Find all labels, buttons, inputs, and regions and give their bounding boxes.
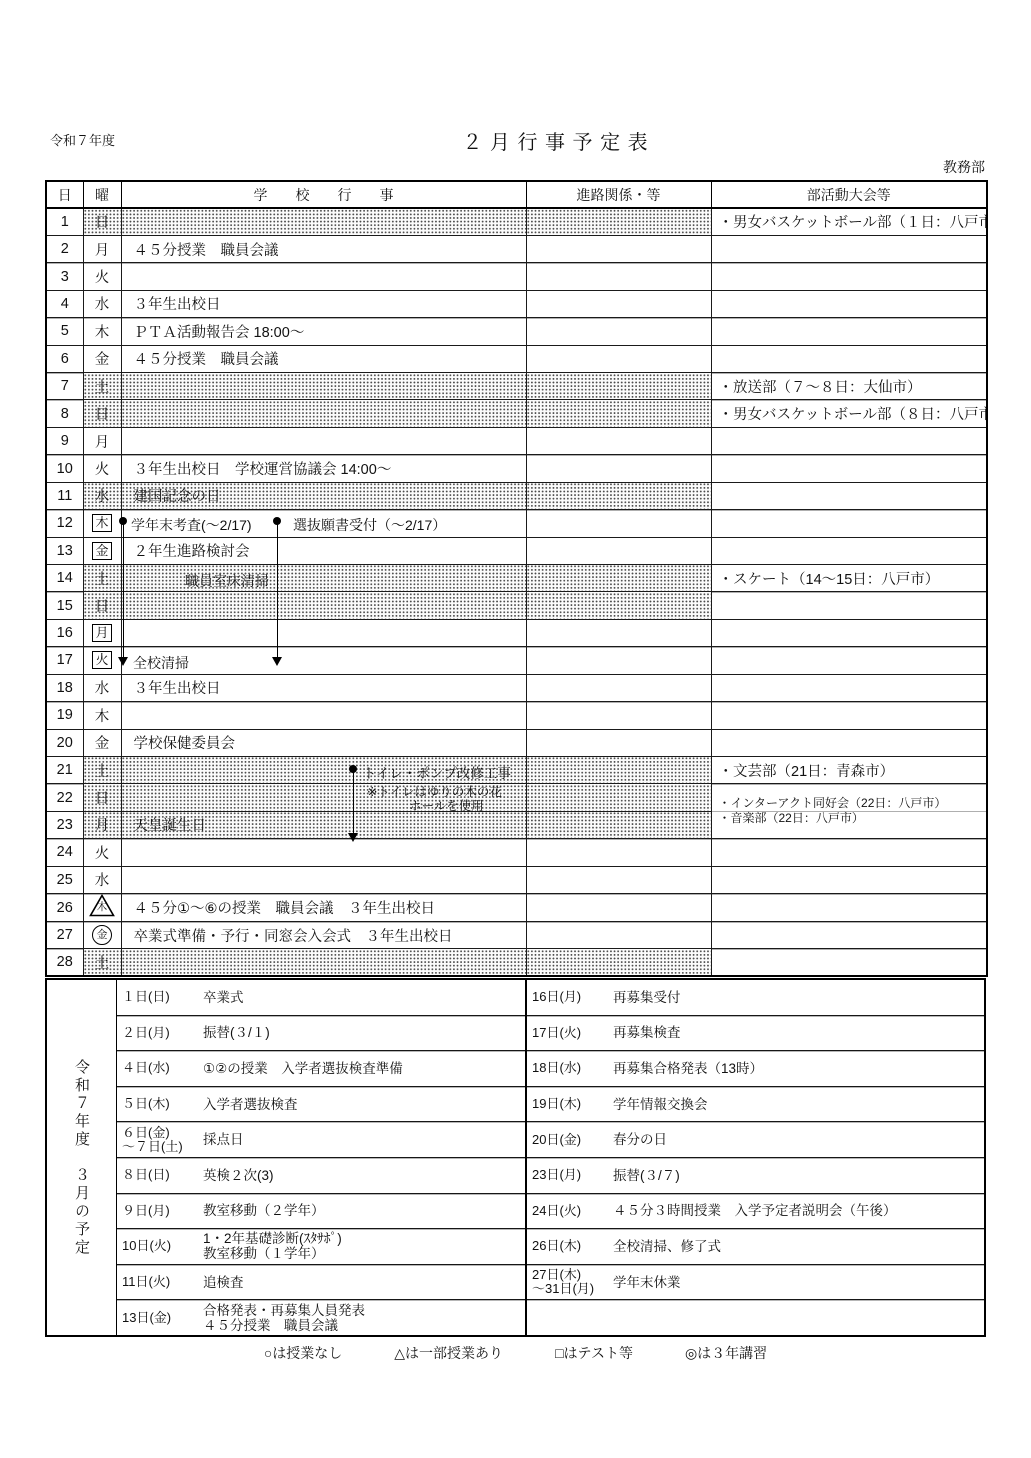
calendar-row: 12木 (46, 510, 987, 537)
club-activity-cell (711, 290, 987, 317)
march-row: ８日(日)英検２次(3) (117, 1158, 525, 1194)
career-cell (526, 922, 711, 949)
day-number-cell: 23 (46, 811, 83, 838)
weekday-cell: 日 (83, 400, 121, 427)
school-event-cell (121, 510, 526, 537)
club-activity-cell (711, 894, 987, 922)
day-number-cell: 15 (46, 592, 83, 619)
weekday-box-mark: 火 (92, 651, 111, 669)
calendar-row: 9月 (46, 427, 987, 454)
march-section-label: 令和７年度 ３月の予定 (47, 980, 117, 1335)
club-activity-cell (711, 263, 987, 290)
calendar-row: 3火 (46, 263, 987, 290)
career-cell (526, 564, 711, 591)
march-event: 教室移動（２学年） (203, 1203, 325, 1218)
weekday-cell: 木 (83, 510, 121, 537)
march-date: 11日(火) (117, 1275, 203, 1289)
calendar-row: 4水３年生出校日 (46, 290, 987, 317)
day-number-cell: 7 (46, 373, 83, 400)
march-event: 採点日 (203, 1132, 244, 1147)
school-event-cell (121, 400, 526, 427)
march-row: 27日(木)～31日(月)学年末休業 (527, 1265, 984, 1301)
march-event: 合格発表・再募集人員発表４５分授業 職員会議 (203, 1303, 365, 1333)
column-header: 学 校 行 事 (121, 181, 526, 208)
march-date: 24日(火) (527, 1204, 613, 1218)
club-activity-cell (711, 455, 987, 482)
day-number-cell: 11 (46, 482, 83, 509)
calendar-row: 28土 (46, 949, 987, 976)
calendar-row: 5木ＰＴＡ活動報告会 18:00～ (46, 318, 987, 345)
school-event-cell (121, 564, 526, 591)
weekday-cell: 月 (83, 427, 121, 454)
weekday-cell: 金 (83, 537, 121, 564)
school-event-cell: ３年生出校日 (121, 290, 526, 317)
march-event: 1・2年基礎診断(ｽﾀｻﾎﾟ)教室移動（１学年） (203, 1231, 342, 1261)
club-activity-cell (711, 729, 987, 756)
school-event-cell: ４５分①～⑥の授業 職員会議 ３年生出校日 (121, 894, 526, 922)
school-event-cell: 建国記念の日 (121, 482, 526, 509)
club-activity-cell (711, 674, 987, 701)
march-date: ９日(月) (117, 1204, 203, 1218)
day-number-cell: 10 (46, 455, 83, 482)
day-number-cell: 20 (46, 729, 83, 756)
weekday-cell: 水 (83, 482, 121, 509)
march-date: 16日(月) (527, 990, 613, 1004)
school-event-cell (121, 949, 526, 976)
march-section-label-text: 令和７年度 ３月の予定 (71, 1059, 92, 1257)
day-number-cell: 2 (46, 235, 83, 262)
column-header: 進路関係・等 (526, 181, 711, 208)
march-row: ５日(木)入学者選抜検査 (117, 1087, 525, 1123)
club-activity-cell (711, 510, 987, 537)
weekday-cell: 金 (83, 345, 121, 372)
legend-item: △は一部授業あり (394, 1343, 503, 1363)
march-event: 全校清掃、修了式 (613, 1239, 721, 1254)
march-row: 26日(木)全校清掃、修了式 (527, 1229, 984, 1265)
career-cell (526, 894, 711, 922)
day-number-cell: 14 (46, 564, 83, 591)
day-number-cell: 8 (46, 400, 83, 427)
weekday-cell: 火 (83, 455, 121, 482)
school-event-cell (121, 208, 526, 235)
career-cell (526, 400, 711, 427)
march-row: 10日(火)1・2年基礎診断(ｽﾀｻﾎﾟ)教室移動（１学年） (117, 1229, 525, 1265)
march-event: 学年末休業 (613, 1275, 681, 1290)
march-event: 再募集受付 (613, 990, 681, 1005)
weekday-cell: 水 (83, 674, 121, 701)
march-row: 16日(月)再募集受付 (527, 980, 984, 1016)
march-event: 入学者選抜検査 (203, 1097, 298, 1112)
march-date: ８日(日) (117, 1168, 203, 1182)
calendar-row: 18水３年生出校日 (46, 674, 987, 701)
march-date: 23日(月) (527, 1168, 613, 1182)
career-cell (526, 482, 711, 509)
school-event-cell (121, 702, 526, 729)
club-activity-line: ・音楽部（22日：八戸市） (719, 811, 987, 826)
column-header: 曜 (83, 181, 121, 208)
march-date: ５日(木) (117, 1097, 203, 1111)
career-cell (526, 784, 711, 811)
club-activity-cell: ・男女バスケットボール部（１日：八戸市） (711, 208, 987, 235)
march-date: 18日(水) (527, 1061, 613, 1075)
club-activity-cell (711, 866, 987, 893)
march-event: 振替(３/７) (613, 1168, 680, 1183)
calendar-row: 21土・文芸部（21日：青森市） (46, 756, 987, 783)
march-date: ６日(金)～７日(土) (117, 1126, 203, 1154)
march-event: ４５分３時間授業 入学予定者説明会（午後） (613, 1203, 897, 1218)
career-cell (526, 427, 711, 454)
march-right-column: 16日(月)再募集受付17日(火)再募集検査18日(水)再募集合格発表（13時）… (527, 980, 984, 1335)
march-left-column: １日(日)卒業式２日(月)振替(３/１)４日(水)①②の授業 入学者選抜検査準備… (117, 980, 527, 1335)
march-schedule-section: 令和７年度 ３月の予定 １日(日)卒業式２日(月)振替(３/１)４日(水)①②の… (45, 978, 986, 1337)
calendar-row: 20金学校保健委員会 (46, 729, 987, 756)
club-activity-cell (711, 537, 987, 564)
page-title: ２ 月 行 事 予 定 表 (0, 126, 1031, 155)
march-date: 13日(金) (117, 1311, 203, 1325)
club-activity-cell (711, 345, 987, 372)
school-event-cell: ４５分授業 職員会議 (121, 345, 526, 372)
february-calendar: 日曜学 校 行 事進路関係・等部活動大会等 1日・男女バスケットボール部（１日：… (45, 180, 986, 977)
day-number-cell: 27 (46, 922, 83, 949)
day-number-cell: 13 (46, 537, 83, 564)
weekday-cell: 木 (83, 702, 121, 729)
day-number-cell: 1 (46, 208, 83, 235)
weekday-cell: 火 (83, 839, 121, 866)
march-event: 追検査 (203, 1275, 244, 1290)
career-cell (526, 647, 711, 674)
march-row: 19日(木)学年情報交換会 (527, 1087, 984, 1123)
career-cell (526, 345, 711, 372)
department-label: 教務部 (943, 157, 985, 177)
march-row: 17日(火)再募集検査 (527, 1016, 984, 1052)
career-cell (526, 839, 711, 866)
calendar-row: 27金卒業式準備・予行・同窓会入会式 ３年生出校日 (46, 922, 987, 949)
calendar-row: 13金２年生進路検討会 (46, 537, 987, 564)
club-activity-cell (711, 235, 987, 262)
career-cell (526, 455, 711, 482)
calendar-row: 15日 (46, 592, 987, 619)
school-event-cell (121, 263, 526, 290)
calendar-row: 17火 (46, 647, 987, 674)
march-row: ４日(水)①②の授業 入学者選抜検査準備 (117, 1051, 525, 1087)
weekday-cell: 火 (83, 647, 121, 674)
march-row: 13日(金)合格発表・再募集人員発表４５分授業 職員会議 (117, 1300, 525, 1335)
club-activity-cell: ・放送部（７～８日：大仙市） (711, 373, 987, 400)
march-date: 26日(木) (527, 1239, 613, 1253)
march-date: 10日(火) (117, 1239, 203, 1253)
weekday-cell: 金 (83, 922, 121, 949)
weekday-cell: 土 (83, 564, 121, 591)
club-activity-cell (711, 318, 987, 345)
career-cell (526, 235, 711, 262)
column-header: 日 (46, 181, 83, 208)
day-number-cell: 12 (46, 510, 83, 537)
club-activity-cell (711, 482, 987, 509)
march-date: ４日(水) (117, 1061, 203, 1075)
calendar-header-row: 日曜学 校 行 事進路関係・等部活動大会等 (46, 181, 987, 208)
club-activity-cell (711, 702, 987, 729)
career-cell (526, 619, 711, 646)
day-number-cell: 6 (46, 345, 83, 372)
calendar-row: 14土・スケート（14～15日：八戸市） (46, 564, 987, 591)
school-event-cell: 卒業式準備・予行・同窓会入会式 ３年生出校日 (121, 922, 526, 949)
calendar-row: 16月 (46, 619, 987, 646)
school-event-cell (121, 647, 526, 674)
calendar-table: 日曜学 校 行 事進路関係・等部活動大会等 1日・男女バスケットボール部（１日：… (45, 180, 988, 977)
school-event-cell (121, 866, 526, 893)
club-activity-cell: ・男女バスケットボール部（８日：八戸市） (711, 400, 987, 427)
calendar-row: 22日・インターアクト同好会（22日：八戸市）・音楽部（22日：八戸市） (46, 784, 987, 811)
calendar-row: 11水建国記念の日 (46, 482, 987, 509)
school-event-cell: ４５分授業 職員会議 (121, 235, 526, 262)
career-cell (526, 510, 711, 537)
legend-item: ◎は３年講習 (685, 1343, 767, 1363)
march-event: 英検２次(3) (203, 1168, 274, 1183)
march-event: 卒業式 (203, 990, 244, 1005)
club-activity-cell: ・スケート（14～15日：八戸市） (711, 564, 987, 591)
march-row: ２日(月)振替(３/１) (117, 1016, 525, 1052)
march-row: 20日(金)春分の日 (527, 1122, 984, 1158)
march-row: １日(日)卒業式 (117, 980, 525, 1016)
club-activity-cell (711, 647, 987, 674)
calendar-row: 1日・男女バスケットボール部（１日：八戸市） (46, 208, 987, 235)
legend-row: ○は授業なし△は一部授業あり□はテスト等◎は３年講習 (45, 1343, 986, 1363)
career-cell (526, 811, 711, 838)
calendar-row: 6金４５分授業 職員会議 (46, 345, 987, 372)
march-row: 24日(火)４５分３時間授業 入学予定者説明会（午後） (527, 1194, 984, 1230)
club-activity-cell: ・インターアクト同好会（22日：八戸市）・音楽部（22日：八戸市） (711, 784, 987, 839)
career-cell (526, 208, 711, 235)
weekday-cell: 土 (83, 373, 121, 400)
weekday-cell: 木 (83, 318, 121, 345)
club-activity-cell (711, 949, 987, 976)
march-row: 23日(月)振替(３/７) (527, 1158, 984, 1194)
school-event-cell (121, 373, 526, 400)
calendar-row: 25水 (46, 866, 987, 893)
march-date: １日(日) (117, 990, 203, 1004)
weekday-cell: 日 (83, 208, 121, 235)
career-cell (526, 729, 711, 756)
school-event-cell (121, 592, 526, 619)
day-number-cell: 21 (46, 756, 83, 783)
march-date: 19日(木) (527, 1097, 613, 1111)
calendar-row: 10火３年生出校日 学校運営協議会 14:00～ (46, 455, 987, 482)
weekday-box-mark: 月 (92, 624, 111, 642)
day-number-cell: 25 (46, 866, 83, 893)
column-header: 部活動大会等 (711, 181, 987, 208)
march-date: 17日(火) (527, 1026, 613, 1040)
day-number-cell: 3 (46, 263, 83, 290)
school-event-cell (121, 784, 526, 811)
day-number-cell: 28 (46, 949, 83, 976)
march-event: 学年情報交換会 (613, 1097, 708, 1112)
weekday-cell: 日 (83, 784, 121, 811)
weekday-cell: 火 (83, 263, 121, 290)
school-event-cell: ２年生進路検討会 (121, 537, 526, 564)
school-event-cell: 学校保健委員会 (121, 729, 526, 756)
school-event-cell (121, 427, 526, 454)
club-activity-cell (711, 592, 987, 619)
weekday-cell: 水 (83, 290, 121, 317)
day-number-cell: 9 (46, 427, 83, 454)
calendar-row: 2月４５分授業 職員会議 (46, 235, 987, 262)
march-date: 27日(木)～31日(月) (527, 1268, 613, 1296)
weekday-cell: 月 (83, 811, 121, 838)
march-event: 春分の日 (613, 1132, 667, 1147)
weekday-cell: 日 (83, 592, 121, 619)
day-number-cell: 24 (46, 839, 83, 866)
weekday-box-mark: 木 (92, 514, 111, 532)
career-cell (526, 674, 711, 701)
march-row: 11日(火)追検査 (117, 1265, 525, 1301)
march-row: ６日(金)～７日(土)採点日 (117, 1122, 525, 1158)
school-event-cell (121, 619, 526, 646)
legend-item: □はテスト等 (555, 1343, 633, 1363)
weekday-triangle-mark: 木 (89, 894, 115, 917)
career-cell (526, 290, 711, 317)
club-activity-cell (711, 427, 987, 454)
march-row: 18日(水)再募集合格発表（13時） (527, 1051, 984, 1087)
school-event-cell: 天皇誕生日 (121, 811, 526, 838)
march-row: ９日(月)教室移動（２学年） (117, 1194, 525, 1230)
legend-item: ○は授業なし (264, 1343, 342, 1363)
club-activity-cell (711, 619, 987, 646)
career-cell (526, 592, 711, 619)
weekday-cell: 水 (83, 866, 121, 893)
school-event-cell (121, 839, 526, 866)
day-number-cell: 4 (46, 290, 83, 317)
weekday-circle-mark: 金 (92, 925, 112, 945)
calendar-row: 19木 (46, 702, 987, 729)
schedule-document-page: 令和７年度 ２ 月 行 事 予 定 表 教務部 日曜学 校 行 事進路関係・等部… (0, 0, 1031, 1458)
day-number-cell: 5 (46, 318, 83, 345)
weekday-cell: 木 (83, 894, 121, 922)
school-event-cell (121, 756, 526, 783)
calendar-row: 8日・男女バスケットボール部（８日：八戸市） (46, 400, 987, 427)
day-number-cell: 19 (46, 702, 83, 729)
weekday-cell: 月 (83, 619, 121, 646)
calendar-row: 26木４５分①～⑥の授業 職員会議 ３年生出校日 (46, 894, 987, 922)
calendar-row: 7土・放送部（７～８日：大仙市） (46, 373, 987, 400)
club-activity-cell (711, 922, 987, 949)
day-number-cell: 26 (46, 894, 83, 922)
club-activity-cell (711, 839, 987, 866)
weekday-box-mark: 金 (92, 542, 111, 560)
school-event-cell: ３年生出校日 学校運営協議会 14:00～ (121, 455, 526, 482)
weekday-cell: 金 (83, 729, 121, 756)
career-cell (526, 373, 711, 400)
day-number-cell: 18 (46, 674, 83, 701)
club-activity-line: ・インターアクト同好会（22日：八戸市） (719, 796, 987, 811)
school-event-cell: ＰＴＡ活動報告会 18:00～ (121, 318, 526, 345)
career-cell (526, 263, 711, 290)
day-number-cell: 16 (46, 619, 83, 646)
day-number-cell: 17 (46, 647, 83, 674)
career-cell (526, 866, 711, 893)
weekday-cell: 月 (83, 235, 121, 262)
march-event: 振替(３/１) (203, 1025, 270, 1040)
club-activity-cell: ・文芸部（21日：青森市） (711, 756, 987, 783)
march-row (527, 1300, 984, 1335)
career-cell (526, 537, 711, 564)
march-date: ２日(月) (117, 1026, 203, 1040)
weekday-cell: 土 (83, 756, 121, 783)
career-cell (526, 949, 711, 976)
career-cell (526, 702, 711, 729)
day-number-cell: 22 (46, 784, 83, 811)
march-event: 再募集検査 (613, 1025, 681, 1040)
school-event-cell: ３年生出校日 (121, 674, 526, 701)
march-event: ①②の授業 入学者選抜検査準備 (203, 1061, 403, 1076)
march-date: 20日(金) (527, 1133, 613, 1147)
weekday-cell: 土 (83, 949, 121, 976)
march-event: 再募集合格発表（13時） (613, 1061, 763, 1076)
career-cell (526, 756, 711, 783)
calendar-row: 24火 (46, 839, 987, 866)
career-cell (526, 318, 711, 345)
